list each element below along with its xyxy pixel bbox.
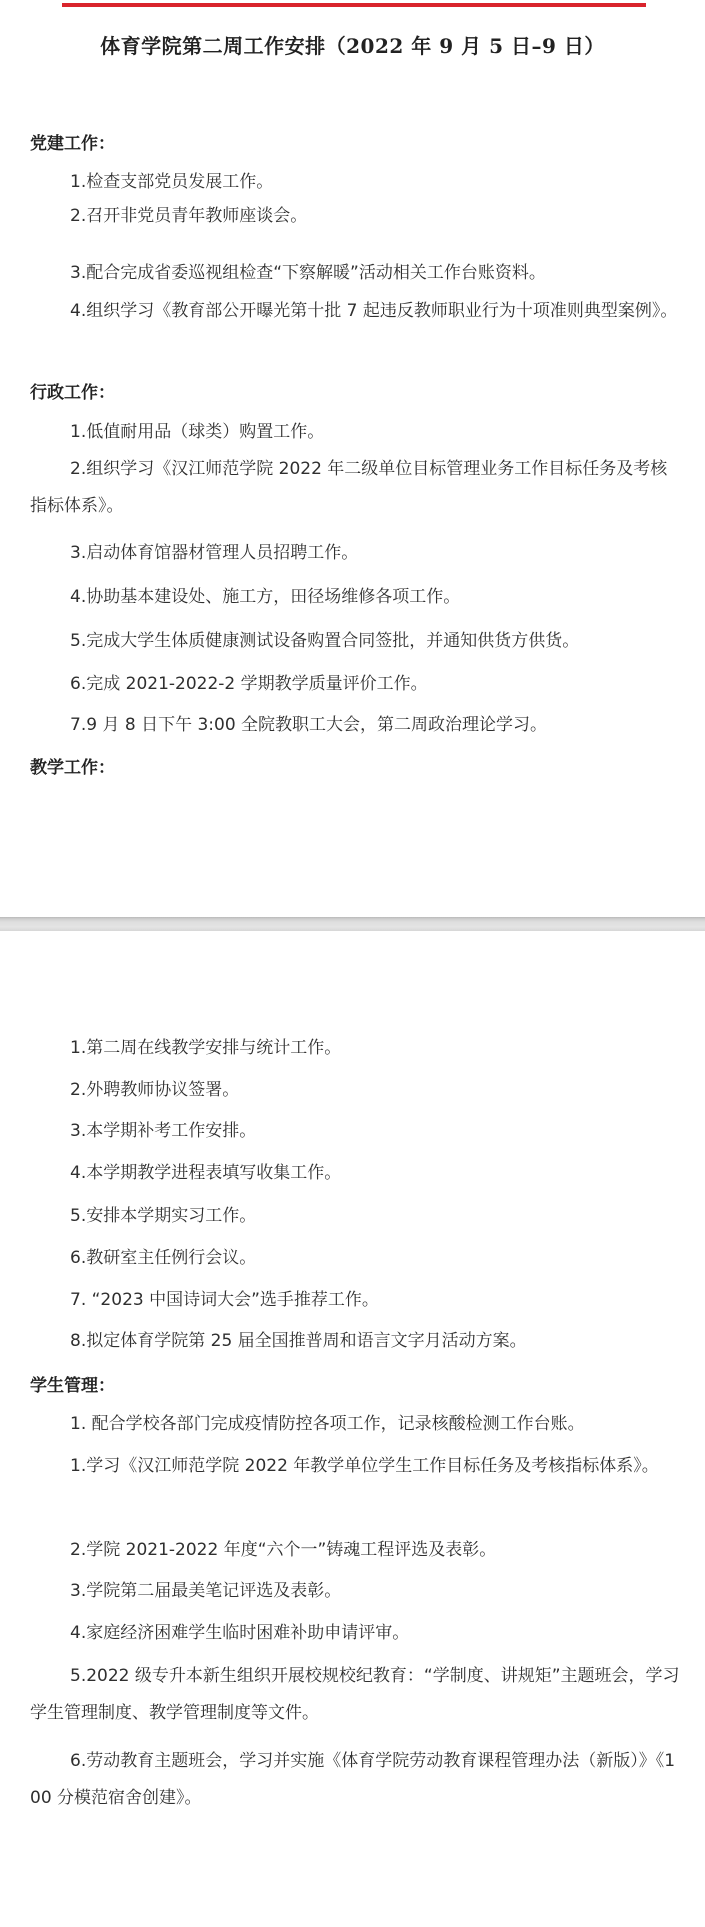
- list-item: 1.第二周在线教学安排与统计工作。: [30, 1030, 680, 1067]
- list-item: 3.启动体育馆器材管理人员招聘工作。: [30, 535, 680, 572]
- list-item: 4.家庭经济困难学生临时困难补助申请评审。: [30, 1615, 680, 1652]
- list-item: 3.本学期补考工作安排。: [30, 1113, 680, 1150]
- list-item: 1.低值耐用品（球类）购置工作。: [30, 414, 680, 451]
- list-item: 7.9 月 8 日下午 3:00 全院教职工大会，第二周政治理论学习。: [30, 707, 680, 744]
- section-heading-student-management: 学生管理：: [30, 1371, 115, 1396]
- document-title: 体育学院第二周工作安排（2022 年 9 月 5 日–9 日）: [0, 30, 705, 59]
- list-item: 6.教研室主任例行会议。: [30, 1240, 680, 1277]
- list-item: 2.召开非党员青年教师座谈会。: [30, 198, 680, 235]
- list-item: 3.配合完成省委巡视组检查“下察解暖”活动相关工作台账资料。: [30, 255, 680, 292]
- list-item: 1. 配合学校各部门完成疫情防控各项工作，记录核酸检测工作台账。: [30, 1406, 680, 1443]
- list-item: 2.外聘教师协议签署。: [30, 1072, 680, 1109]
- document-page-2: 1.第二周在线教学安排与统计工作。 2.外聘教师协议签署。 3.本学期补考工作安…: [0, 931, 705, 1927]
- list-item: 4.组织学习《教育部公开曝光第十批 7 起违反教师职业行为十项准则典型案例》。: [30, 293, 680, 330]
- list-item: 7. “2023 中国诗词大会”选手推荐工作。: [30, 1282, 680, 1319]
- list-item: 5.完成大学生体质健康测试设备购置合同签批，并通知供货方供货。: [30, 623, 680, 660]
- list-item: 2.学院 2021-2022 年度“六个一”铸魂工程评选及表彰。: [30, 1532, 680, 1569]
- section-heading-party-building: 党建工作：: [30, 129, 115, 154]
- list-item: 1.检查支部党员发展工作。: [30, 164, 680, 201]
- list-item: 4.本学期教学进程表填写收集工作。: [30, 1155, 680, 1192]
- red-header-rule: [62, 3, 646, 7]
- list-item: 6.劳动教育主题班会，学习并实施《体育学院劳动教育课程管理办法（新版）》《100…: [30, 1743, 680, 1817]
- page-break-separator: [0, 917, 705, 931]
- list-item: 1.学习《汉江师范学院 2022 年教学单位学生工作目标任务及考核指标体系》。: [30, 1448, 680, 1485]
- document-page-1: 体育学院第二周工作安排（2022 年 9 月 5 日–9 日） 党建工作： 1.…: [0, 0, 705, 917]
- list-item: 2.组织学习《汉江师范学院 2022 年二级单位目标管理业务工作目标任务及考核指…: [30, 451, 680, 525]
- list-item: 3.学院第二届最美笔记评选及表彰。: [30, 1573, 680, 1610]
- list-item: 8.拟定体育学院第 25 届全国推普周和语言文字月活动方案。: [30, 1323, 680, 1360]
- list-item: 5.安排本学期实习工作。: [30, 1198, 680, 1235]
- section-heading-teaching: 教学工作：: [30, 753, 115, 778]
- list-item: 6.完成 2021-2022-2 学期教学质量评价工作。: [30, 666, 680, 703]
- list-item: 5.2022 级专升本新生组织开展校规校纪教育：“学制度、讲规矩”主题班会，学习…: [30, 1658, 680, 1732]
- section-heading-administration: 行政工作：: [30, 378, 115, 403]
- list-item: 4.协助基本建设处、施工方，田径场维修各项工作。: [30, 579, 680, 616]
